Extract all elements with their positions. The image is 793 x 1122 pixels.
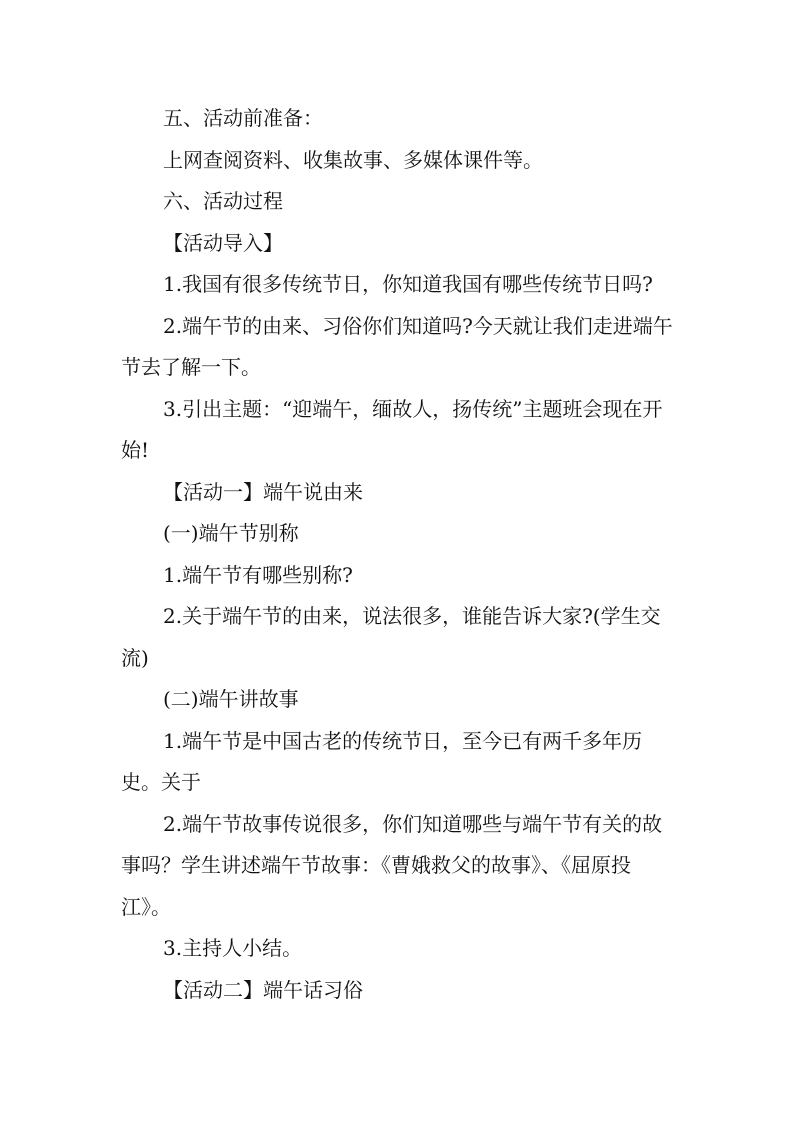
list-item: 2.端午节的由来、习俗你们知道吗?今天就让我们走进端午节去了解一下。 (121, 306, 677, 389)
subsection-stories: (二)端午讲故事 (121, 679, 677, 721)
document-page: 五、活动前准备： 上网查阅资料、收集故事、多媒体课件等。 六、活动过程 【活动导… (121, 98, 677, 1011)
section-activity-two: 【活动二】端午话习俗 (121, 970, 677, 1012)
section-intro: 【活动导入】 (121, 223, 677, 265)
list-item: 2.关于端午节的由来，说法很多，谁能告诉大家?(学生交流) (121, 596, 677, 679)
paragraph-preparation-detail: 上网查阅资料、收集故事、多媒体课件等。 (121, 140, 677, 182)
heading-process: 六、活动过程 (121, 181, 677, 223)
subsection-alias: (一)端午节别称 (121, 513, 677, 555)
list-item: 2.端午节故事传说很多，你们知道哪些与端午节有关的故事吗？学生讲述端午节故事：《… (121, 804, 677, 929)
list-item: 3.引出主题：“迎端午，缅故人，扬传统”主题班会现在开始! (121, 389, 677, 472)
list-item: 1.端午节是中国古老的传统节日，至今已有两千多年历史。关于 (121, 721, 677, 804)
list-item: 1.我国有很多传统节日，你知道我国有哪些传统节日吗? (121, 264, 677, 306)
heading-preparation: 五、活动前准备： (121, 98, 677, 140)
list-item: 3.主持人小结。 (121, 928, 677, 970)
list-item: 1.端午节有哪些别称? (121, 555, 677, 597)
section-activity-one: 【活动一】端午说由来 (121, 472, 677, 514)
